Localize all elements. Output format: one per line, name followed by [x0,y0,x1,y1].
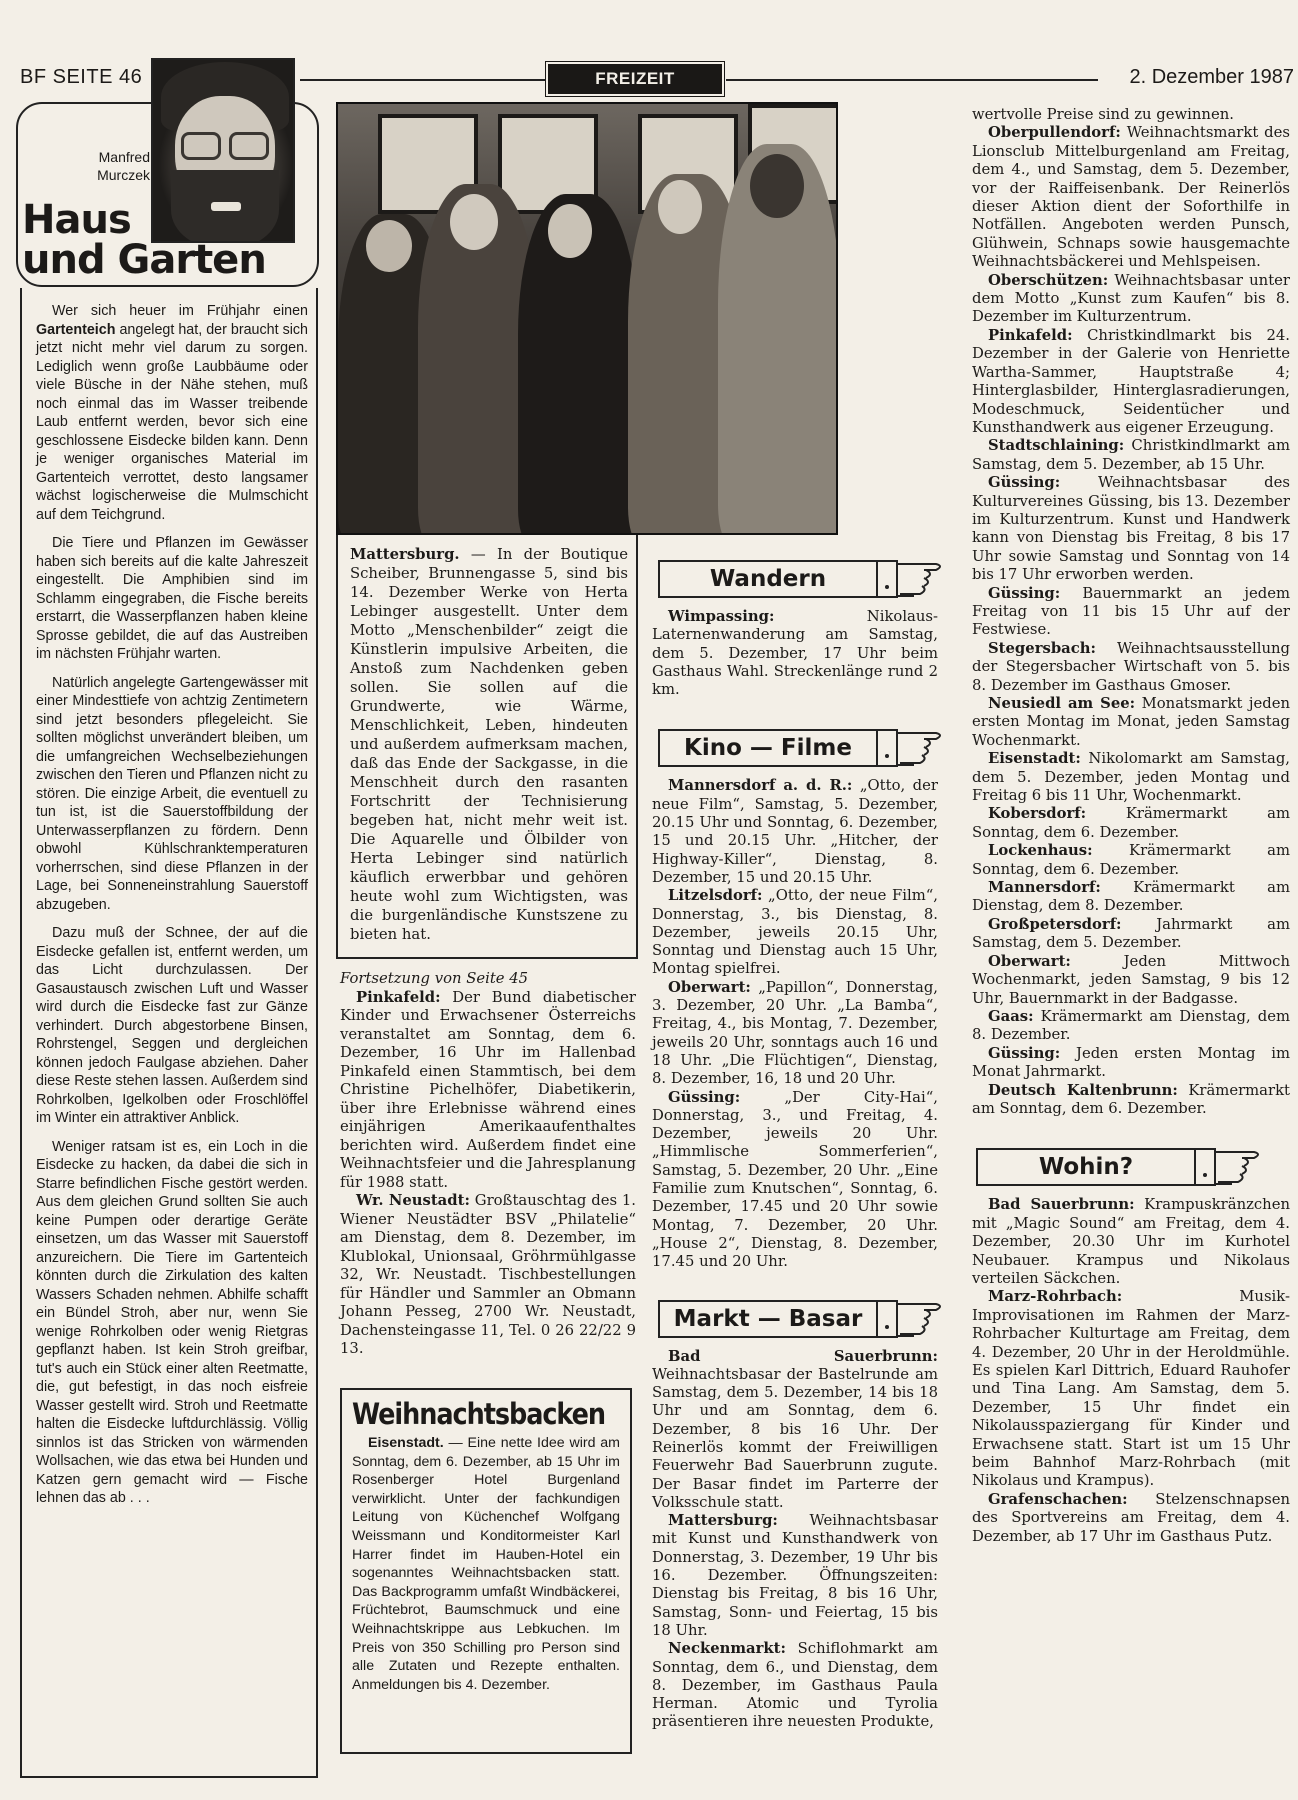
listing: Güssing: Bauernmarkt an jedem Freitag vo… [972,585,1290,640]
pointing-hand-icon [1214,1150,1264,1186]
paragraph: Die Tiere und Pflanzen im Gewässer haben… [36,534,308,664]
listing: Grafenschachen: Stelzenschnapsen des Spo… [972,1491,1290,1546]
pointing-hand-icon [896,562,946,598]
news-item: Wr. Neustadt: Großtauschtag des 1. Wiene… [340,1192,636,1359]
listing: Oberschützen: Weihnachtsbasar unter dem … [972,272,1290,327]
listing: Neusiedl am See: Monatsmarkt jeden erste… [972,695,1290,750]
issue-date: 2. Dezember 1987 [1129,66,1294,89]
news-items-middle: Fortsetzung von Seite 45 Pinkafeld: Der … [340,970,636,1359]
listing: Oberwart: „Papillon“, Donnerstag, 3. Dez… [652,979,938,1089]
pointing-hand-icon [896,731,946,767]
listing: Mannersdorf a. d. R.: „Otto, der neue Fi… [652,777,938,887]
paragraph: Weniger ratsam ist es, ein Loch in die E… [36,1138,308,1508]
header-rule-right [726,79,1098,81]
listing: Eisenstadt: Nikolomarkt am Samstag, dem … [972,750,1290,805]
listing: Bad Sauerbrunn: Krampuskränzchen mit „Ma… [972,1196,1290,1288]
pointing-hand-icon [896,1302,946,1338]
listing: Mattersburg: Weihnachtsbasar mit Kunst u… [652,1512,938,1640]
paragraph: Natürlich angelegte Gartengewässer mit e… [36,674,308,915]
page-label: BF SEITE 46 [20,66,142,89]
listing: Deutsch Kaltenbrunn: Krämermarkt am Sonn… [972,1082,1290,1119]
section-header-kino: Kino — Filme [658,729,944,769]
listing: Stegersbach: Weihnachtsausstellung der S… [972,640,1290,695]
column-body: Wer sich heuer im Frühjahr einen Gartent… [20,288,318,1778]
listing: Mannersdorf: Krämermarkt am Dienstag, de… [972,879,1290,916]
listing: Lockenhaus: Krämermarkt am Sonntag, dem … [972,842,1290,879]
weihnachtsbacken-box: Weihnachtsbacken Eisenstadt. — Eine nett… [340,1388,632,1754]
section-header-wandern: Wandern [658,560,944,600]
listing: Kobersdorf: Krämermarkt am Sonntag, dem … [972,805,1290,842]
photo-caption: Mattersburg. — In der Boutique Scheiber,… [336,535,638,959]
listing: Oberwart: Jeden Mittwoch Wochenmarkt, je… [972,953,1290,1008]
box-text: Eisenstadt. — Eine nette Idee wird am So… [352,1434,620,1694]
listing: Marz-Rohrbach: Musik-Improvisationen im … [972,1288,1290,1490]
listing: Bad Sauerbrunn: Weihnachtsbasar der Bast… [652,1348,938,1513]
news-item: Pinkafeld: Der Bund diabetischer Kinder … [340,989,636,1193]
listing: Wimpassing: Nikolaus-Laternenwanderung a… [652,608,938,699]
listings-column-1: Wandern Wimpassing: Nikolaus-Laternenwan… [652,556,938,1732]
listing: Gaas: Krämermarkt am Dienstag, dem 8. De… [972,1008,1290,1045]
listing: Güssing: „Der City-Hai“, Donnerstag, 3.,… [652,1089,938,1272]
listing: Litzelsdorf: „Otto, der neue Film“, Donn… [652,887,938,978]
listings-column-2: wertvolle Preise sind zu gewinnen. Oberp… [972,106,1290,1546]
author-portrait-icon [151,58,295,243]
header-rule-left [300,79,546,81]
haus-und-garten-column: Manfred Murczek Haus und Garten Wer sich… [16,102,319,1780]
listing: Güssing: Weihnachtsbasar des Kulturverei… [972,474,1290,584]
paragraph: Wer sich heuer im Frühjahr einen Gartent… [36,302,308,524]
listing: Stadtschlaining: Christkindlmarkt am Sam… [972,437,1290,474]
author-name: Manfred Murczek [80,148,150,184]
section-rubric: FREIZEIT [548,64,722,94]
section-header-markt: Markt — Basar [658,1300,944,1340]
paragraph: Dazu muß der Schnee, der auf die Eisdeck… [36,924,308,1128]
section-header-wohin: Wohin? [976,1148,1262,1188]
listing: Neckenmarkt: Schiflohmarkt am Sonntag, d… [652,1640,938,1731]
box-title: Weihnachtsbacken [352,1396,588,1432]
listing: Oberpullendorf: Weihnachtsmarkt des Lion… [972,124,1290,271]
continuation-note: Fortsetzung von Seite 45 [340,970,636,989]
listing: Großpetersdorf: Jahrmarkt am Samstag, de… [972,916,1290,953]
exhibition-photo [336,102,838,535]
listing: wertvolle Preise sind zu gewinnen. [972,106,1290,124]
listing: Pinkafeld: Christkindlmarkt bis 24. Deze… [972,327,1290,437]
listing: Güssing: Jeden ersten Montag im Monat Ja… [972,1045,1290,1082]
